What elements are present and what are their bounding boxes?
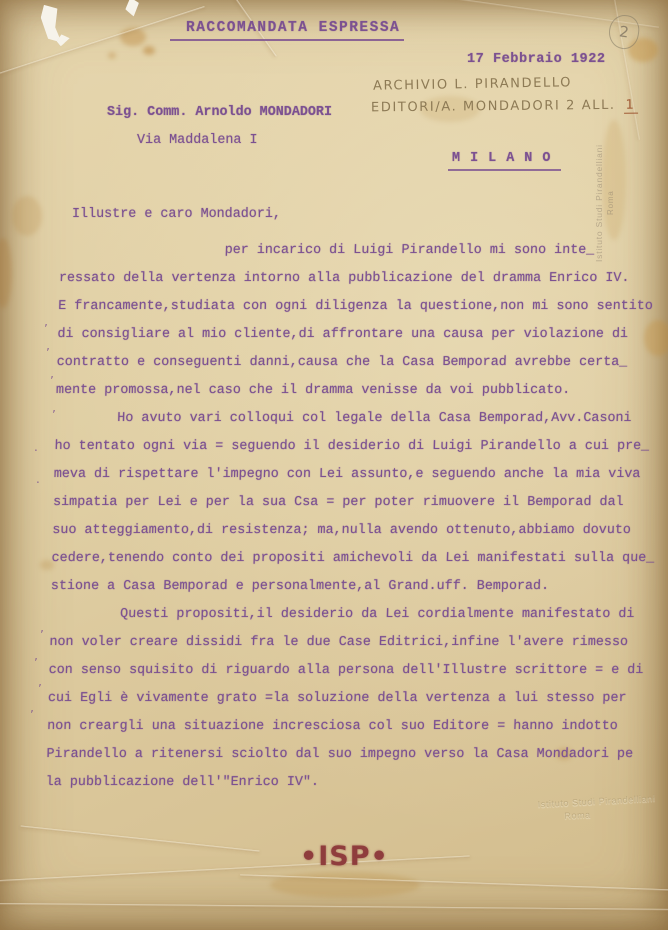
body-line: meva di rispettare l'impegno con Lei ass… bbox=[53, 461, 668, 489]
body-line: simpatia per Lei e per la sua Csa = per … bbox=[53, 489, 668, 517]
recipient-city: M I L A N O bbox=[448, 151, 561, 171]
institute-side-stamp-name: Istituto Studi Pirandelliani bbox=[594, 144, 604, 262]
paper-stain bbox=[12, 196, 42, 236]
body-line: Questi propositi,il desiderio da Lei cor… bbox=[50, 601, 668, 629]
institute-side-stamp-city: Roma bbox=[605, 138, 616, 268]
recipient-name: Sig. Comm. Arnoldo MONDADORI bbox=[107, 105, 332, 120]
margin-mark-icon bbox=[36, 472, 40, 486]
letter-date: 17 Febbraio 1922 bbox=[467, 52, 606, 67]
paper-crease bbox=[0, 6, 205, 76]
body-line: ho tentato ogni via = seguendo il deside… bbox=[54, 433, 668, 461]
body-line: non creargli una situazione incresciosa … bbox=[47, 713, 668, 741]
paper-stain bbox=[120, 28, 146, 46]
paper-tear bbox=[124, 0, 139, 17]
body-line: stione a Casa Bemporad e personalmente,a… bbox=[50, 573, 668, 601]
paper-crease bbox=[21, 825, 260, 852]
margin-mark-icon bbox=[50, 374, 54, 388]
paper-stain bbox=[270, 872, 420, 898]
page-number: 2 bbox=[618, 22, 630, 41]
body-line: ressato della vertenza intorno alla pubb… bbox=[59, 265, 668, 293]
body-line: cedere,tenendo conto dei propositi amich… bbox=[51, 545, 668, 573]
institute-emboss-stamp: Istituto Studi Pirandelliani Roma bbox=[537, 792, 664, 825]
archive-annotation-line1: ARCHIVIO L. PIRANDELLO bbox=[373, 75, 572, 93]
paper-tear bbox=[39, 3, 64, 46]
body-line: contratto e conseguenti danni,causa che … bbox=[56, 349, 668, 377]
margin-mark-icon bbox=[30, 708, 34, 722]
body-line: Pirandello a ritenersi sciolto dal suo i… bbox=[46, 741, 668, 769]
body-line: non voler creare dissidi fra le due Case… bbox=[49, 629, 668, 657]
attachment-number: 1 bbox=[624, 98, 638, 114]
body-line: con senso squisito di riguardo alla pers… bbox=[48, 657, 668, 685]
paper-crease bbox=[240, 874, 668, 891]
paper-stain bbox=[108, 52, 116, 59]
page-number-annotation: 2 bbox=[607, 13, 641, 51]
body-line: la pubblicazione dell'"Enrico IV". bbox=[45, 769, 668, 797]
institute-side-stamp: Istituto Studi Pirandelliani Roma bbox=[594, 138, 616, 268]
registered-express-stamp: RACCOMANDATA ESPRESSA bbox=[170, 20, 404, 41]
letter-page: RACCOMANDATA ESPRESSA 2 17 Febbraio 1922… bbox=[0, 0, 668, 930]
recipient-street: Via Maddalena I bbox=[137, 133, 258, 148]
body-line: per incarico di Luigi Pirandello mi sono… bbox=[59, 237, 668, 265]
margin-mark-icon bbox=[44, 322, 48, 336]
body-line: mente promossa,nel caso che il dramma ve… bbox=[56, 377, 668, 405]
margin-mark-icon bbox=[34, 440, 38, 454]
paper-crease bbox=[0, 903, 668, 911]
body-line: cui Egli è vivamente grato =la soluzione… bbox=[48, 685, 668, 713]
paper-tear bbox=[55, 33, 70, 48]
archive-annotation-text: EDITORI/A. MONDADORI 2 ALL. bbox=[371, 98, 616, 116]
margin-mark-icon bbox=[40, 628, 44, 642]
paper-stain bbox=[143, 46, 155, 55]
isp-stamp: •ISP• bbox=[300, 841, 380, 872]
paper-stain bbox=[0, 238, 12, 308]
salutation: Illustre e caro Mondadori, bbox=[72, 207, 281, 222]
paper-crease bbox=[0, 855, 470, 882]
margin-mark-icon bbox=[46, 346, 50, 360]
margin-mark-icon bbox=[34, 656, 38, 670]
body-line: di consigliare al mio cliente,di affront… bbox=[57, 321, 668, 349]
archive-annotation-line2: EDITORI/A. MONDADORI 2 ALL.1 bbox=[371, 98, 638, 116]
body-line: E francamente,studiata con ogni diligenz… bbox=[58, 293, 668, 321]
letter-body: per incarico di Luigi Pirandello mi sono… bbox=[45, 237, 668, 797]
body-line: suo atteggiamento,di resistenza; ma,null… bbox=[52, 517, 668, 545]
margin-mark-icon bbox=[38, 682, 42, 696]
body-line: Ho avuto vari colloqui col legale della … bbox=[55, 405, 668, 433]
